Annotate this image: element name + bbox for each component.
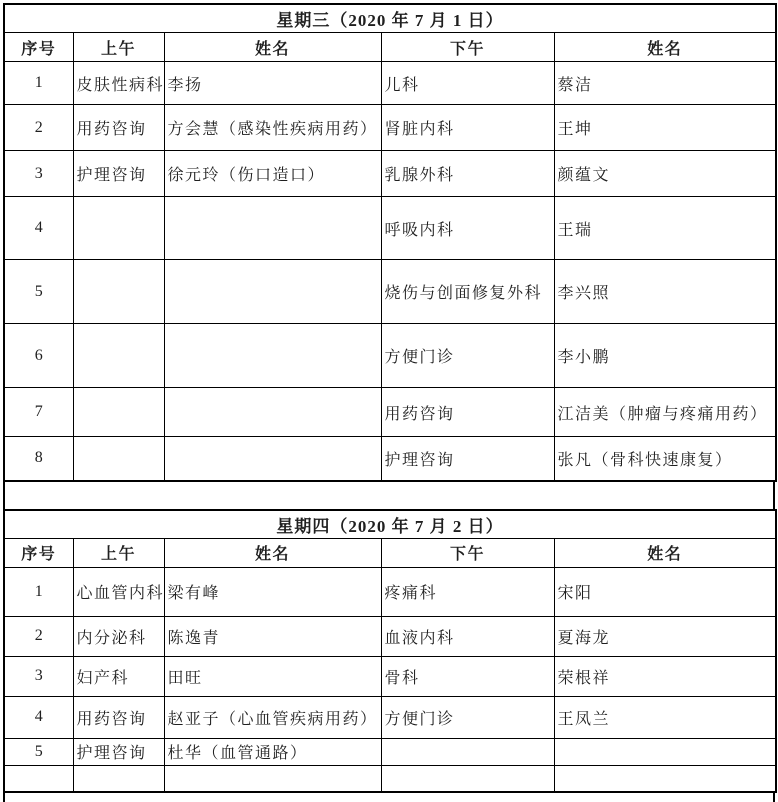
table-row: 2内分泌科陈逸青血液内科夏海龙 xyxy=(4,616,776,656)
cell-morning-name: 陈逸青 xyxy=(164,616,381,656)
table-row: 1心血管内科梁有峰疼痛科宋阳 xyxy=(4,567,776,616)
cell-morning-dept xyxy=(73,765,164,792)
cell-afternoon-name: 江洁美（肿瘤与疼痛用药） xyxy=(554,388,776,437)
column-header-afternoon: 下午 xyxy=(381,538,554,567)
cell-afternoon-name: 宋阳 xyxy=(554,567,776,616)
cell-index xyxy=(4,765,73,792)
cell-index: 1 xyxy=(4,62,73,105)
cell-morning-dept xyxy=(73,324,164,388)
cell-index: 8 xyxy=(4,437,73,481)
table-row: 3妇产科田旺骨科荣根祥 xyxy=(4,656,776,696)
table-row: 2用药咨询方会慧（感染性疾病用药）肾脏内科王坤 xyxy=(4,105,776,151)
cell-morning-name: 徐元玲（伤口造口） xyxy=(164,151,381,197)
cell-morning-name xyxy=(164,388,381,437)
table-row: 6方便门诊李小鹏 xyxy=(4,324,776,388)
cell-afternoon-name: 王瑞 xyxy=(554,197,776,260)
column-header-row: 序号 上午 姓名 下午 姓名 xyxy=(4,33,776,62)
cell-afternoon-dept: 用药咨询 xyxy=(381,388,554,437)
cell-morning-name: 梁有峰 xyxy=(164,567,381,616)
cell-index: 4 xyxy=(4,696,73,738)
cell-morning-name xyxy=(164,765,381,792)
cell-morning-dept: 皮肤性病科 xyxy=(73,62,164,105)
cell-afternoon-dept: 疼痛科 xyxy=(381,567,554,616)
column-header-index: 序号 xyxy=(4,538,73,567)
table-row: 5护理咨询杜华（血管通路） xyxy=(4,738,776,765)
partial-bottom-row xyxy=(3,793,775,802)
column-header-afternoon-name: 姓名 xyxy=(554,538,776,567)
table-row: 1皮肤性病科李扬儿科蔡洁 xyxy=(4,62,776,105)
cell-afternoon-dept: 方便门诊 xyxy=(381,696,554,738)
cell-morning-name: 田旺 xyxy=(164,656,381,696)
table-title-row: 星期四（2020 年 7 月 2 日） xyxy=(4,510,776,539)
cell-morning-dept: 内分泌科 xyxy=(73,616,164,656)
table-row: 4用药咨询赵亚子（心血管疾病用药）方便门诊王凤兰 xyxy=(4,696,776,738)
schedule-table-thursday: 星期四（2020 年 7 月 2 日） 序号 上午 姓名 下午 姓名 1心血管内… xyxy=(3,509,777,794)
table-row xyxy=(4,765,776,792)
cell-afternoon-name: 颜蕴文 xyxy=(554,151,776,197)
cell-morning-name xyxy=(164,324,381,388)
cell-morning-dept: 心血管内科 xyxy=(73,567,164,616)
table-body-wednesday: 1皮肤性病科李扬儿科蔡洁2用药咨询方会慧（感染性疾病用药）肾脏内科王坤3护理咨询… xyxy=(4,62,776,481)
column-header-afternoon: 下午 xyxy=(381,33,554,62)
cell-index: 5 xyxy=(4,260,73,324)
cell-index: 7 xyxy=(4,388,73,437)
column-header-morning-name: 姓名 xyxy=(164,538,381,567)
column-header-morning: 上午 xyxy=(73,538,164,567)
table-title-row: 星期三（2020 年 7 月 1 日） xyxy=(4,4,776,33)
cell-index: 3 xyxy=(4,656,73,696)
cell-afternoon-dept: 肾脏内科 xyxy=(381,105,554,151)
cell-morning-dept: 用药咨询 xyxy=(73,105,164,151)
cell-morning-name: 杜华（血管通路） xyxy=(164,738,381,765)
cell-morning-dept: 护理咨询 xyxy=(73,738,164,765)
cell-afternoon-name: 夏海龙 xyxy=(554,616,776,656)
cell-afternoon-name xyxy=(554,765,776,792)
table-row: 5烧伤与创面修复外科李兴照 xyxy=(4,260,776,324)
cell-morning-name: 方会慧（感染性疾病用药） xyxy=(164,105,381,151)
cell-morning-name: 赵亚子（心血管疾病用药） xyxy=(164,696,381,738)
cell-index: 2 xyxy=(4,105,73,151)
cell-morning-dept xyxy=(73,437,164,481)
table-gap-row xyxy=(3,482,775,509)
cell-afternoon-dept: 血液内科 xyxy=(381,616,554,656)
cell-index: 2 xyxy=(4,616,73,656)
schedule-table-wednesday: 星期三（2020 年 7 月 1 日） 序号 上午 姓名 下午 姓名 1皮肤性病… xyxy=(3,3,777,482)
cell-afternoon-dept: 方便门诊 xyxy=(381,324,554,388)
table-row: 7用药咨询江洁美（肿瘤与疼痛用药） xyxy=(4,388,776,437)
table-title-thursday: 星期四（2020 年 7 月 2 日） xyxy=(4,510,776,539)
cell-afternoon-dept: 护理咨询 xyxy=(381,437,554,481)
cell-morning-dept xyxy=(73,197,164,260)
table-body-thursday: 1心血管内科梁有峰疼痛科宋阳2内分泌科陈逸青血液内科夏海龙3妇产科田旺骨科荣根祥… xyxy=(4,567,776,792)
column-header-index: 序号 xyxy=(4,33,73,62)
cell-afternoon-name: 王凤兰 xyxy=(554,696,776,738)
table-row: 3护理咨询徐元玲（伤口造口）乳腺外科颜蕴文 xyxy=(4,151,776,197)
cell-afternoon-name: 蔡洁 xyxy=(554,62,776,105)
cell-afternoon-name: 李小鹏 xyxy=(554,324,776,388)
cell-afternoon-dept: 儿科 xyxy=(381,62,554,105)
cell-afternoon-dept: 骨科 xyxy=(381,656,554,696)
cell-afternoon-name: 李兴照 xyxy=(554,260,776,324)
cell-morning-dept: 妇产科 xyxy=(73,656,164,696)
cell-morning-dept: 用药咨询 xyxy=(73,696,164,738)
cell-afternoon-dept: 呼吸内科 xyxy=(381,197,554,260)
cell-index: 1 xyxy=(4,567,73,616)
cell-index: 5 xyxy=(4,738,73,765)
cell-morning-name xyxy=(164,437,381,481)
column-header-morning: 上午 xyxy=(73,33,164,62)
cell-morning-dept: 护理咨询 xyxy=(73,151,164,197)
cell-afternoon-dept xyxy=(381,765,554,792)
cell-index: 3 xyxy=(4,151,73,197)
cell-afternoon-name: 张凡（骨科快速康复） xyxy=(554,437,776,481)
cell-index: 6 xyxy=(4,324,73,388)
cell-afternoon-dept: 烧伤与创面修复外科 xyxy=(381,260,554,324)
cell-afternoon-name: 王坤 xyxy=(554,105,776,151)
cell-afternoon-dept xyxy=(381,738,554,765)
column-header-afternoon-name: 姓名 xyxy=(554,33,776,62)
table-row: 4呼吸内科王瑞 xyxy=(4,197,776,260)
table-title-wednesday: 星期三（2020 年 7 月 1 日） xyxy=(4,4,776,33)
table-row: 8护理咨询张凡（骨科快速康复） xyxy=(4,437,776,481)
cell-morning-name: 李扬 xyxy=(164,62,381,105)
cell-morning-name xyxy=(164,260,381,324)
cell-morning-name xyxy=(164,197,381,260)
cell-morning-dept xyxy=(73,260,164,324)
cell-index: 4 xyxy=(4,197,73,260)
schedule-page: 星期三（2020 年 7 月 1 日） 序号 上午 姓名 下午 姓名 1皮肤性病… xyxy=(0,0,778,802)
column-header-morning-name: 姓名 xyxy=(164,33,381,62)
column-header-row: 序号 上午 姓名 下午 姓名 xyxy=(4,538,776,567)
cell-morning-dept xyxy=(73,388,164,437)
cell-afternoon-name: 荣根祥 xyxy=(554,656,776,696)
cell-afternoon-name xyxy=(554,738,776,765)
cell-afternoon-dept: 乳腺外科 xyxy=(381,151,554,197)
